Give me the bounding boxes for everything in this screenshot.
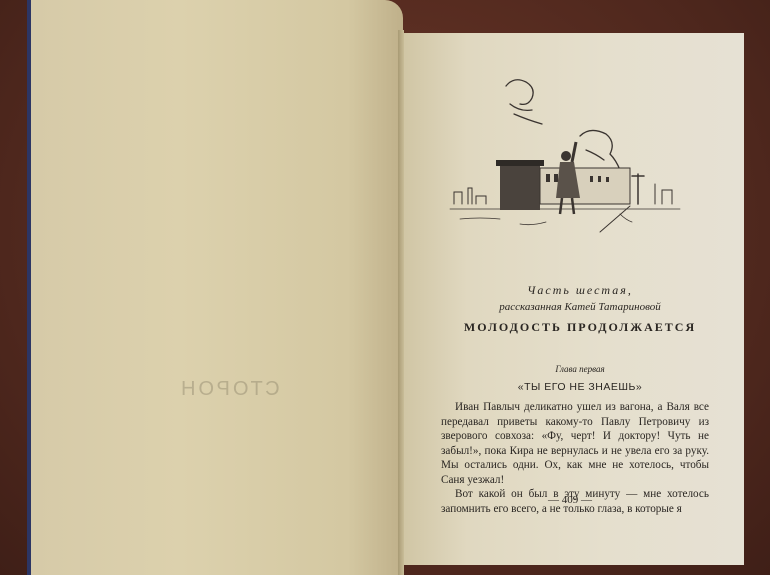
part-label: Часть шестая, <box>445 283 715 298</box>
chapter-title: «ТЫ ЕГО НЕ ЗНАЕШЬ» <box>445 381 715 393</box>
train-station-woman-waving-icon <box>440 64 690 234</box>
part-heading: МОЛОДОСТЬ ПРОДОЛЖАЕТСЯ <box>445 320 715 335</box>
paragraph: Иван Павлыч деликатно ушел из вагона, а … <box>441 400 709 487</box>
chapter-label: Глава первая <box>445 364 715 374</box>
page-number: — 409 — <box>530 494 610 506</box>
book-gutter <box>398 30 404 575</box>
left-page <box>31 0 403 575</box>
part-subtitle: рассказанная Катей Татариновой <box>445 301 715 313</box>
bleed-through-text: СТОРОН <box>178 378 280 401</box>
